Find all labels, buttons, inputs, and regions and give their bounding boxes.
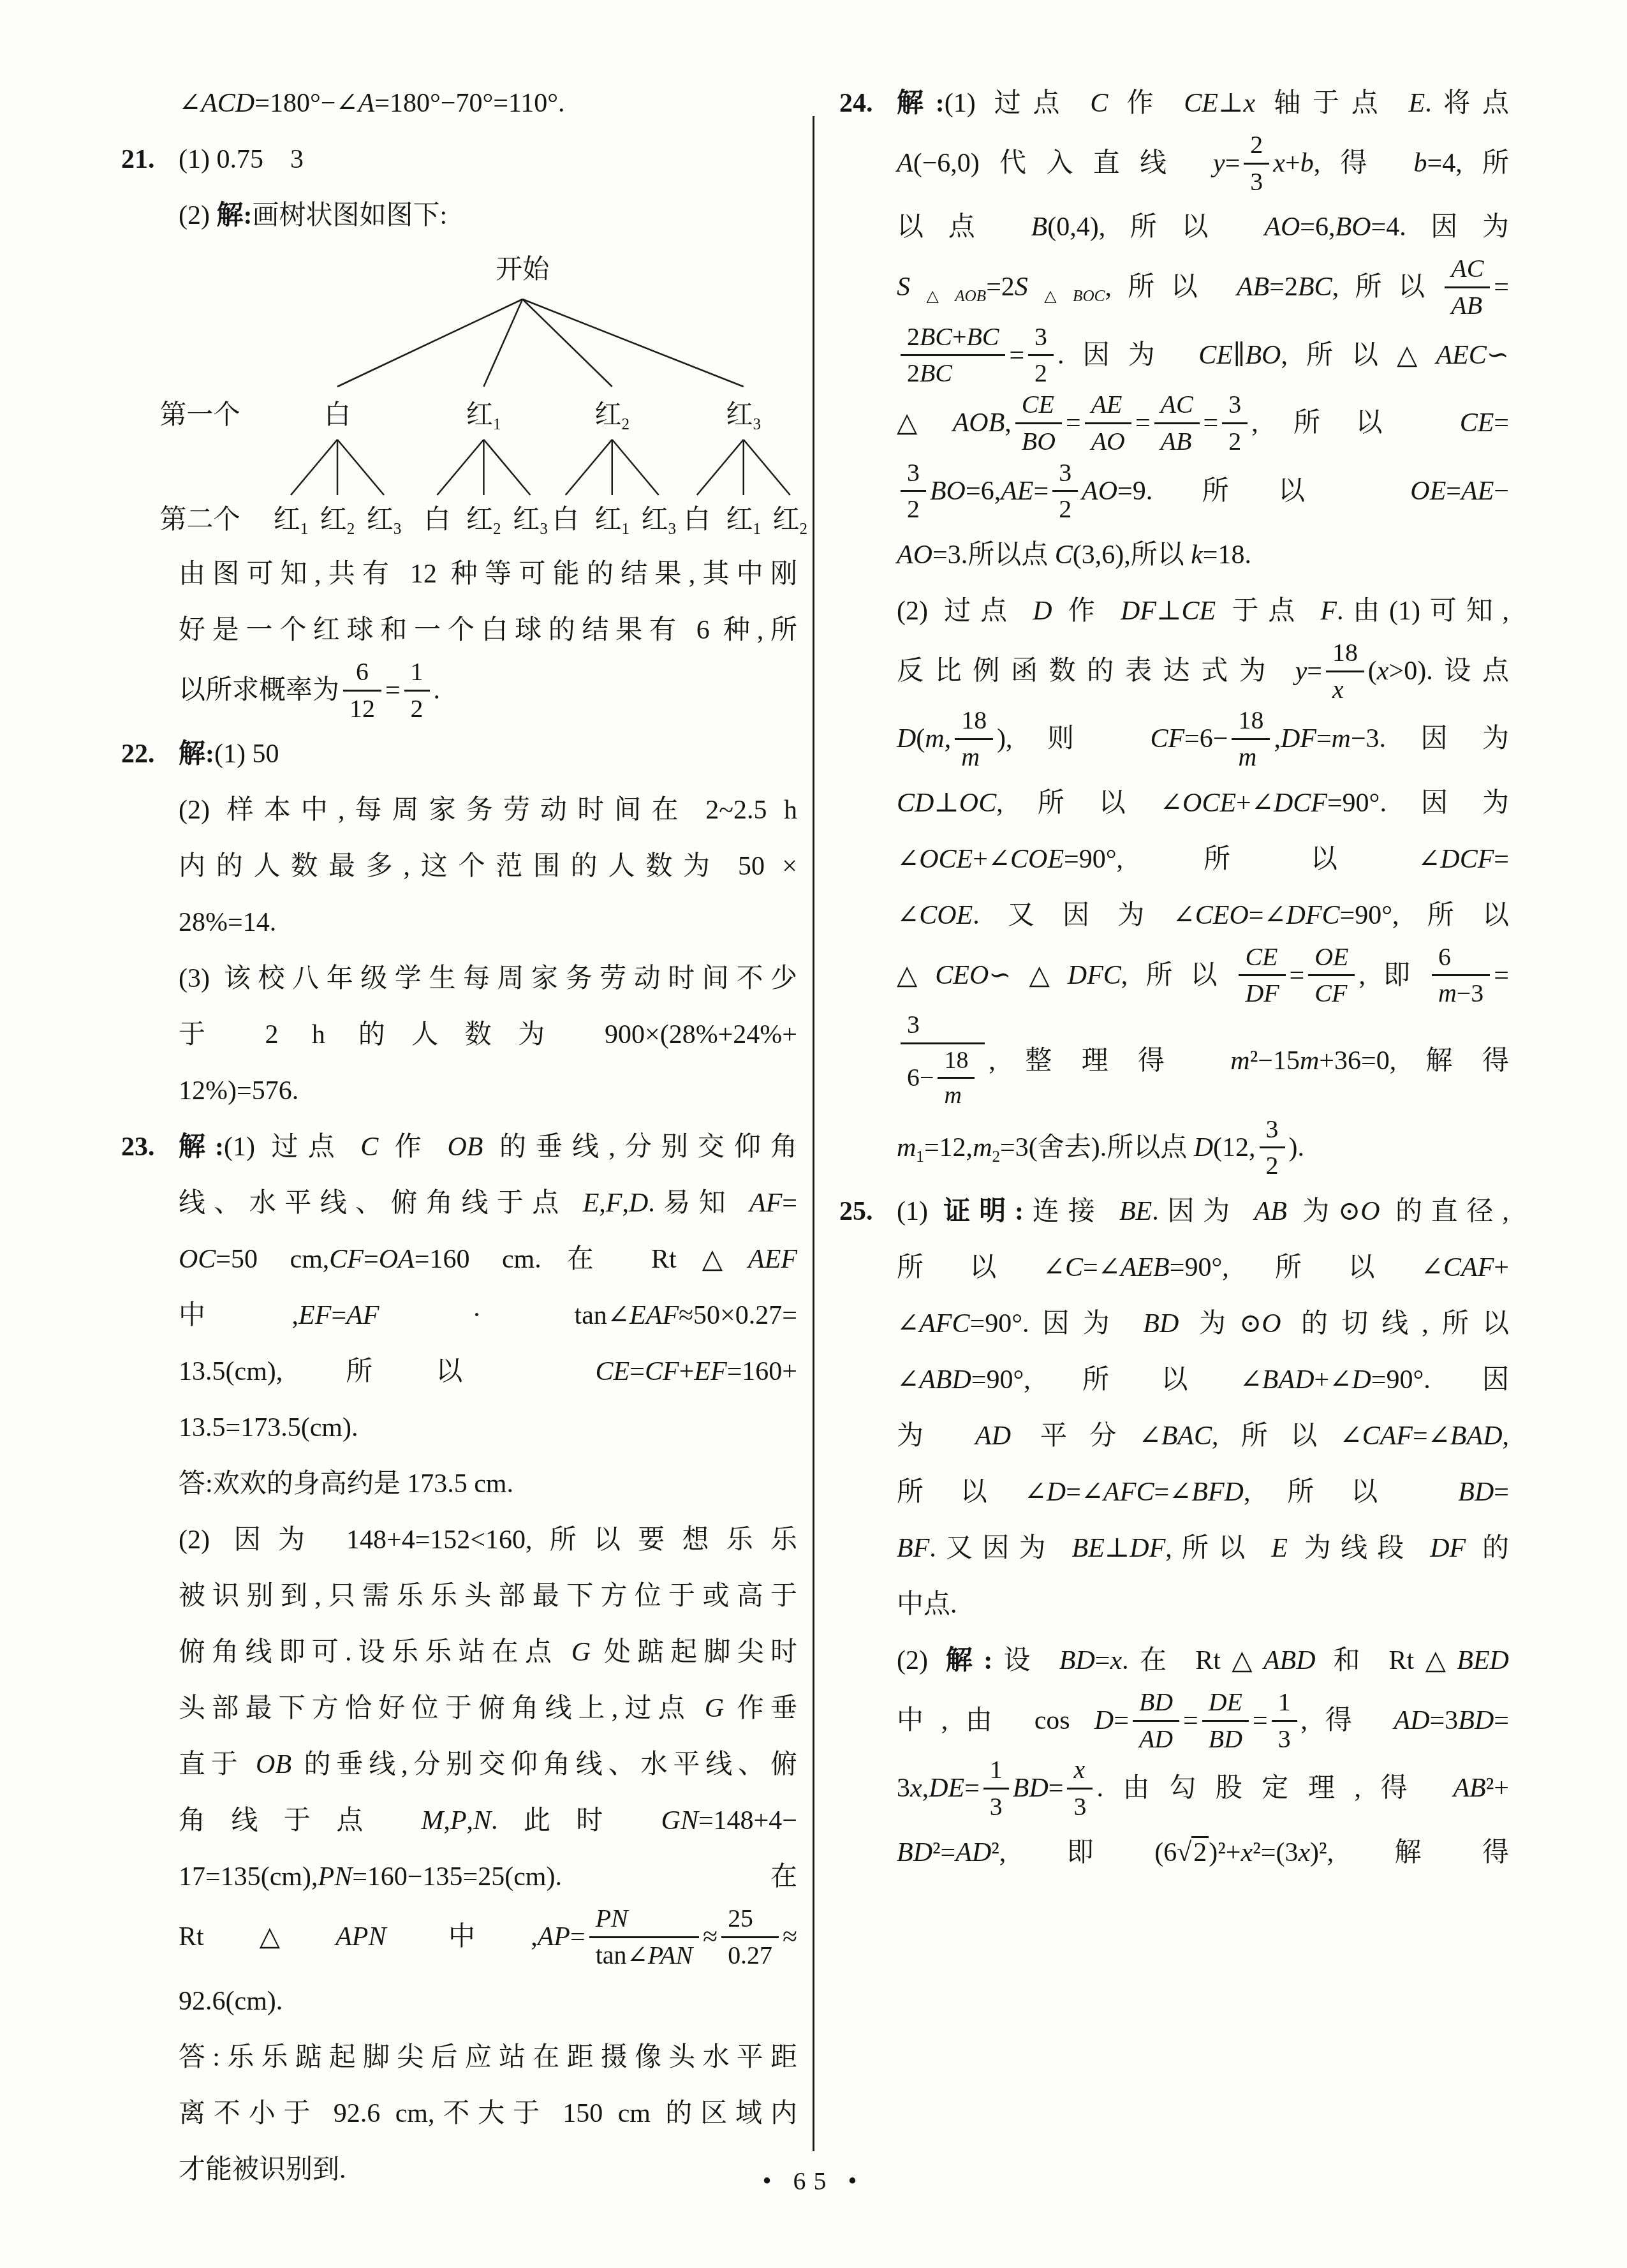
tree-node: 红2 [594, 399, 629, 433]
solution-line: 解:(1) 50 [179, 726, 797, 782]
fraction: 12 [404, 656, 430, 724]
left-column: ∠ACD=180°−∠A=180°−70°=110°.21.(1) 0.75 3… [121, 75, 797, 2198]
fraction-denominator: AO [1085, 424, 1131, 457]
subscript: 1 [300, 521, 309, 538]
solution-line: 解:(1) 过点 C 作 CE⊥x 轴于点 E.将点 [897, 75, 1509, 131]
subscript: △BOC [1028, 288, 1105, 305]
fraction-denominator: 3 [1244, 165, 1269, 198]
solution-line: (2) 因为 148+4=152<160,所以要想乐乐 [179, 1512, 797, 1568]
tree-leaf: 白 [552, 504, 579, 536]
solution-line: 角线于点 M,P,N.此时 GN=148+4− [179, 1793, 797, 1849]
tree-leaf: 红1 [274, 504, 309, 537]
fraction-denominator: 2 [404, 692, 430, 725]
fraction-denominator: m [938, 1079, 975, 1110]
solution-line: 所以∠C=∠AEB=90°,所以∠CAF+ [897, 1240, 1509, 1296]
solution-line: 离不小于 92.6 cm,不大于 150 cm 的区域内 [179, 2086, 797, 2142]
solution-line: 直于 OB 的垂线,分别交仰角线、水平线、俯 [179, 1737, 797, 1793]
fraction-denominator: AD [1133, 1722, 1179, 1755]
solution-line: △CEO∽△DFC,所以CEDF=OECF,即6m−3= [897, 944, 1509, 1011]
fraction-numerator: 18 [938, 1046, 975, 1079]
fraction-numerator: AC [1154, 389, 1200, 424]
tree-leaf: 红1 [594, 504, 629, 537]
fraction: 32 [1052, 457, 1078, 525]
fraction: 32 [1260, 1114, 1285, 1182]
solution-line: 13.5(cm),所以 CE=CF+EF=160+ [179, 1344, 797, 1400]
fraction-numerator: 6 [343, 656, 381, 692]
fraction-numerator: 1 [404, 656, 430, 692]
solution-line: 答:乐乐踮起脚尖后应站在距摄像头水平距 [179, 2029, 797, 2086]
tree-node: 白 [324, 399, 351, 431]
bold-text: 证明: [943, 1197, 1024, 1226]
fraction: 18m [1232, 705, 1270, 773]
fraction-numerator: AE [1085, 389, 1131, 424]
problem-body: 解:(1) 过点 C 作 CE⊥x 轴于点 E.将点A(−6,0)代入直线 y=… [897, 75, 1509, 1183]
solution-line: ∠ABD=90°,所以∠BAD+∠D=90°.因 [897, 1352, 1509, 1408]
solution-line: ∠AFC=90°.因为 BD 为⊙O 的切线,所以 [897, 1296, 1509, 1352]
solution-line: 线、水平线、俯角线于点 E,F,D.易知 AF= [179, 1175, 797, 1231]
tree-node: 红3 [726, 399, 761, 433]
fraction: 36−18m [901, 1009, 985, 1114]
fraction-numerator: 6 [1432, 942, 1490, 977]
subscript: 1 [916, 1148, 924, 1165]
fraction-denominator: 2 [1028, 356, 1054, 389]
problem-block: 22.解:(1) 50(2) 样本中,每周家务劳动时间在 2~2.5 h内的人数… [121, 726, 797, 1119]
fraction-numerator: PN [589, 1903, 699, 1938]
subscript: 3 [540, 521, 548, 538]
solution-line: ∠OCE+∠COE=90°,所以∠DCF= [897, 831, 1509, 887]
solution-line: 中点. [897, 1576, 1509, 1633]
fraction-denominator: 2 [901, 492, 926, 525]
solution-line: 反比例函数的表达式为 y=18x(x>0).设点 [897, 639, 1509, 707]
solution-line: 中,EF=AF · tan∠EAF≈50×0.27= [179, 1287, 797, 1344]
fraction-denominator: AB [1445, 288, 1490, 322]
solution-line: 3x,DE=13BD=x3.由勾股定理,得 AB²+ [897, 1756, 1509, 1824]
fraction-denominator: 3 [1067, 1790, 1093, 1823]
solution-line: 以所求概率为612=12. [179, 658, 797, 726]
tree-leaf: 红1 [726, 504, 761, 537]
problem-body: 解:(1) 过点 C 作 OB 的垂线,分别交仰角线、水平线、俯角线于点 E,F… [179, 1119, 797, 2197]
solution-line: 以点 B(0,4),所以 AO=6,BO=4.因为 [897, 199, 1509, 255]
solution-line: 12%)=576. [179, 1063, 797, 1119]
solution-line: 2BC+BC2BC=32.因为 CE∥BO,所以△AEC∽ [897, 323, 1509, 391]
fraction: 18m [955, 705, 993, 773]
fraction-denominator: x [1326, 672, 1364, 706]
solution-line: 答:欢欢的身高约是 173.5 cm. [179, 1456, 797, 1512]
solution-line: (1) 证明:连接 BE.因为 AB 为⊙O 的直径, [897, 1183, 1509, 1240]
subscript: 2 [992, 1148, 1000, 1165]
subscript: 1 [753, 521, 761, 538]
bold-text: 解: [179, 739, 214, 769]
solution-line: (2) 解:设 BD=x.在 Rt△ABD 和 Rt△BED [897, 1633, 1509, 1689]
problem-body: (1) 0.75 3(2) 解:画树状图如图下:开始第一个白红1红2红3第二个红… [179, 131, 797, 726]
fraction-numerator: 1 [983, 1754, 1009, 1790]
fraction-denominator: 2 [1052, 492, 1078, 525]
problem-number: 24. [839, 75, 873, 131]
problem-number: 22. [121, 726, 155, 782]
fraction: CEDF [1239, 942, 1285, 1009]
fraction-numerator: 2 [1244, 130, 1269, 165]
solution-line: 32BO=6,AE=32AO=9.所以 OE=AE− [897, 459, 1509, 527]
problem-block: 25.(1) 证明:连接 BE.因为 AB 为⊙O 的直径,所以∠C=∠AEB=… [839, 1183, 1509, 1881]
fraction: DEBD [1202, 1687, 1249, 1754]
solution-line: ∠COE.又因为∠CEO=∠DFC=90°,所以 [897, 887, 1509, 944]
fraction: 18x [1326, 637, 1364, 705]
fraction: 612 [343, 656, 381, 724]
solution-line: D(m,18m),则 CF=6−18m,DF=m−3.因为 [897, 707, 1509, 775]
solution-line: 好是一个红球和一个白球的结果有 6 种,所 [179, 602, 797, 658]
fraction-numerator: 3 [1222, 389, 1248, 424]
solution-line: 36−18m,整理得 m²−15m+36=0,解得 [897, 1011, 1509, 1116]
fraction: ACAB [1154, 389, 1200, 457]
tree-leaf: 白 [684, 504, 710, 536]
tree-leaf: 红3 [367, 504, 402, 537]
fraction: 23 [1244, 130, 1269, 197]
fraction-denominator: 3 [983, 1790, 1009, 1823]
fraction: 250.27 [721, 1903, 779, 1971]
fraction-denominator: m [955, 740, 993, 773]
tree-leaf: 红2 [772, 504, 807, 537]
tree-leaf: 红3 [641, 504, 676, 537]
solution-line: CD⊥OC,所以∠OCE+∠DCF=90°.因为 [897, 775, 1509, 831]
fraction-denominator: tan∠PAN [589, 1938, 699, 1971]
solution-line: m1=12,m2=3(舍去).所以点 D(12,32). [897, 1116, 1509, 1183]
fraction-denominator: 2 [1222, 424, 1248, 457]
solution-line: BD²=AD²,即(6√2)²+x²=(3x)²,解得 [897, 1825, 1509, 1881]
subscript: 2 [493, 521, 501, 538]
problem-body: (1) 证明:连接 BE.因为 AB 为⊙O 的直径,所以∠C=∠AEB=90°… [897, 1183, 1509, 1881]
fraction-numerator: 18 [1326, 637, 1364, 672]
solution-line: △AOB,CEBO=AEAO=ACAB=32,所以 CE= [897, 391, 1509, 459]
fraction-denominator: BO [1015, 424, 1062, 457]
column-divider-rule [813, 116, 814, 2151]
fraction: AEAO [1085, 389, 1131, 457]
problem-block: 21.(1) 0.75 3(2) 解:画树状图如图下:开始第一个白红1红2红3第… [121, 131, 797, 726]
fraction-denominator: AB [1154, 424, 1200, 457]
right-column: 24.解:(1) 过点 C 作 CE⊥x 轴于点 E.将点A(−6,0)代入直线… [839, 75, 1509, 1881]
tree-root-label: 开始 [496, 254, 549, 286]
solution-line: 于 2 h 的人数为 900×(28%+24%+ [179, 1007, 797, 1063]
problem-body: 解:(1) 50(2) 样本中,每周家务劳动时间在 2~2.5 h内的人数最多,… [179, 726, 797, 1119]
solution-line: 13.5=173.5(cm). [179, 1400, 797, 1456]
fraction-numerator: 3 [901, 457, 926, 493]
solution-line: (2) 样本中,每周家务劳动时间在 2~2.5 h [179, 782, 797, 838]
solution-line: 为 AD 平分∠BAC,所以∠CAF=∠BAD, [897, 1408, 1509, 1464]
fraction-denominator: BD [1202, 1722, 1249, 1755]
solution-line: 被识别到,只需乐乐头部最下方位于或高于 [179, 1568, 797, 1624]
solution-line: S△AOB=2S△BOC,所以 AB=2BC,所以ACAB= [897, 255, 1509, 323]
fraction: 32 [1028, 322, 1054, 389]
solution-line: AO=3.所以点 C(3,6),所以 k=18. [897, 527, 1509, 583]
fraction-denominator: 2 [1260, 1148, 1285, 1182]
fraction-numerator: AC [1445, 253, 1490, 288]
fraction: 18m [938, 1046, 975, 1111]
fraction-denominator: 6−18m [901, 1044, 985, 1114]
fraction-numerator: 1 [1272, 1687, 1297, 1722]
tree-row1-label: 第一个 [160, 399, 240, 431]
fraction-numerator: BD [1133, 1687, 1179, 1722]
subscript: 2 [799, 521, 807, 538]
bold-text: 解: [946, 1646, 992, 1675]
fraction-denominator: CF [1308, 976, 1355, 1009]
fraction-numerator: 25 [721, 1903, 779, 1938]
tree-node: 红1 [466, 399, 501, 433]
bold-text: 解: [216, 201, 252, 230]
fraction: x3 [1067, 1754, 1093, 1822]
sqrt-expression: √2 [1177, 1836, 1209, 1867]
fraction-numerator: 3 [1052, 457, 1078, 493]
solution-line: Rt△APN 中,AP=PNtan∠PAN≈250.27≈ [179, 1905, 797, 1973]
solution-line: ∠ACD=180°−∠A=180°−70°=110°. [179, 75, 797, 131]
solution-line: BF.又因为 BE⊥DF,所以 E 为线段 DF 的 [897, 1520, 1509, 1576]
fraction-denominator: 2BC [901, 356, 1005, 389]
fraction-denominator: 3 [1272, 1722, 1297, 1755]
solution-line: (2) 过点 D 作 DF⊥CE 于点 F.由(1)可知, [897, 583, 1509, 639]
problem-body: ∠ACD=180°−∠A=180°−70°=110°. [179, 75, 797, 131]
fraction-numerator: 3 [1028, 322, 1054, 357]
fraction-denominator: 12 [343, 692, 381, 725]
fraction: 32 [1222, 389, 1248, 457]
problem-block: 24.解:(1) 过点 C 作 CE⊥x 轴于点 E.将点A(−6,0)代入直线… [839, 75, 1509, 1183]
solution-line: 内的人数最多,这个范围的人数为 50 × [179, 838, 797, 894]
tree-lines [140, 251, 797, 538]
fraction: BDAD [1133, 1687, 1179, 1754]
tree-leaf: 红2 [320, 504, 355, 537]
subscript: 2 [347, 521, 355, 538]
solution-line: 所以∠D=∠AFC=∠BFD,所以 BD= [897, 1464, 1509, 1520]
tree-leaf: 白 [423, 504, 450, 536]
fraction-numerator: 3 [1260, 1114, 1285, 1149]
solution-line: 头部最下方恰好位于俯角线上,过点 G 作垂 [179, 1680, 797, 1737]
fraction-numerator: 18 [955, 705, 993, 740]
problem-number: 21. [121, 131, 155, 188]
solution-line: 解:(1) 过点 C 作 OB 的垂线,分别交仰角 [179, 1119, 797, 1175]
fraction-numerator: CE [1239, 942, 1285, 977]
fraction-numerator: 3 [901, 1009, 985, 1044]
subscript: 2 [621, 416, 629, 433]
subscript: 1 [621, 521, 629, 538]
tree-leaf: 红3 [513, 504, 548, 537]
tree-diagram: 开始第一个白红1红2红3第二个红1红2红3白红2红3白红1红3白红1红2 [140, 251, 797, 538]
textbook-answer-page: ∠ACD=180°−∠A=180°−70°=110°.21.(1) 0.75 3… [0, 0, 1627, 2268]
fraction-denominator: m [1232, 740, 1270, 773]
tree-row2-label: 第二个 [160, 504, 240, 536]
solution-line: 由图可知,共有 12 种等可能的结果,其中刚 [179, 546, 797, 602]
subscript: 3 [753, 416, 761, 433]
bold-text: 解: [897, 89, 945, 118]
solution-line: 17=135(cm),PN=160−135=25(cm).在 [179, 1849, 797, 1905]
fraction-denominator: 0.27 [721, 1938, 779, 1971]
fraction-numerator: x [1067, 1754, 1093, 1790]
solution-line: 92.6(cm). [179, 1973, 797, 2029]
tree-leaf: 红2 [466, 504, 501, 537]
fraction: 13 [1272, 1687, 1297, 1754]
problem-number: 25. [839, 1183, 873, 1240]
subscript: △AOB [910, 288, 986, 305]
fraction-numerator: 2BC+BC [901, 322, 1005, 357]
fraction-numerator: 18 [1232, 705, 1270, 740]
subscript: 3 [394, 521, 402, 538]
subscript: 1 [493, 416, 501, 433]
subscript: 3 [668, 521, 676, 538]
fraction: CEBO [1015, 389, 1062, 457]
fraction: OECF [1308, 942, 1355, 1009]
fraction-numerator: DE [1202, 1687, 1249, 1722]
problem-block: 23.解:(1) 过点 C 作 OB 的垂线,分别交仰角线、水平线、俯角线于点 … [121, 1119, 797, 2197]
problem-block: ∠ACD=180°−∠A=180°−70°=110°. [121, 75, 797, 131]
fraction-numerator: CE [1015, 389, 1062, 424]
solution-line: 俯角线即可.设乐乐站在点 G 处踮起脚尖时 [179, 1624, 797, 1680]
solution-line: (2) 解:画树状图如图下: [179, 188, 797, 244]
fraction: 6m−3 [1432, 942, 1490, 1009]
solution-line: 中,由 cos D=BDAD=DEBD=13,得 AD=3BD= [897, 1689, 1509, 1756]
problem-number: 23. [121, 1119, 155, 1175]
fraction: 13 [983, 1754, 1009, 1822]
solution-line: (1) 0.75 3 [179, 131, 797, 188]
page-number: • 65 • [0, 2166, 1627, 2196]
solution-line: A(−6,0)代入直线 y=23x+b,得 b=4,所 [897, 131, 1509, 199]
fraction: ACAB [1445, 253, 1490, 321]
fraction-denominator: m−3 [1432, 976, 1490, 1009]
solution-line: 28%=14. [179, 894, 797, 951]
fraction: 32 [901, 457, 926, 525]
fraction-numerator: OE [1308, 942, 1355, 977]
fraction: PNtan∠PAN [589, 1903, 699, 1971]
fraction-denominator: DF [1239, 976, 1285, 1009]
solution-line: (3) 该校八年级学生每周家务劳动时间不少 [179, 951, 797, 1007]
solution-line: OC=50 cm,CF=OA=160 cm.在 Rt△AEF [179, 1231, 797, 1287]
fraction: 2BC+BC2BC [901, 322, 1005, 389]
bold-text: 解: [179, 1132, 224, 1162]
